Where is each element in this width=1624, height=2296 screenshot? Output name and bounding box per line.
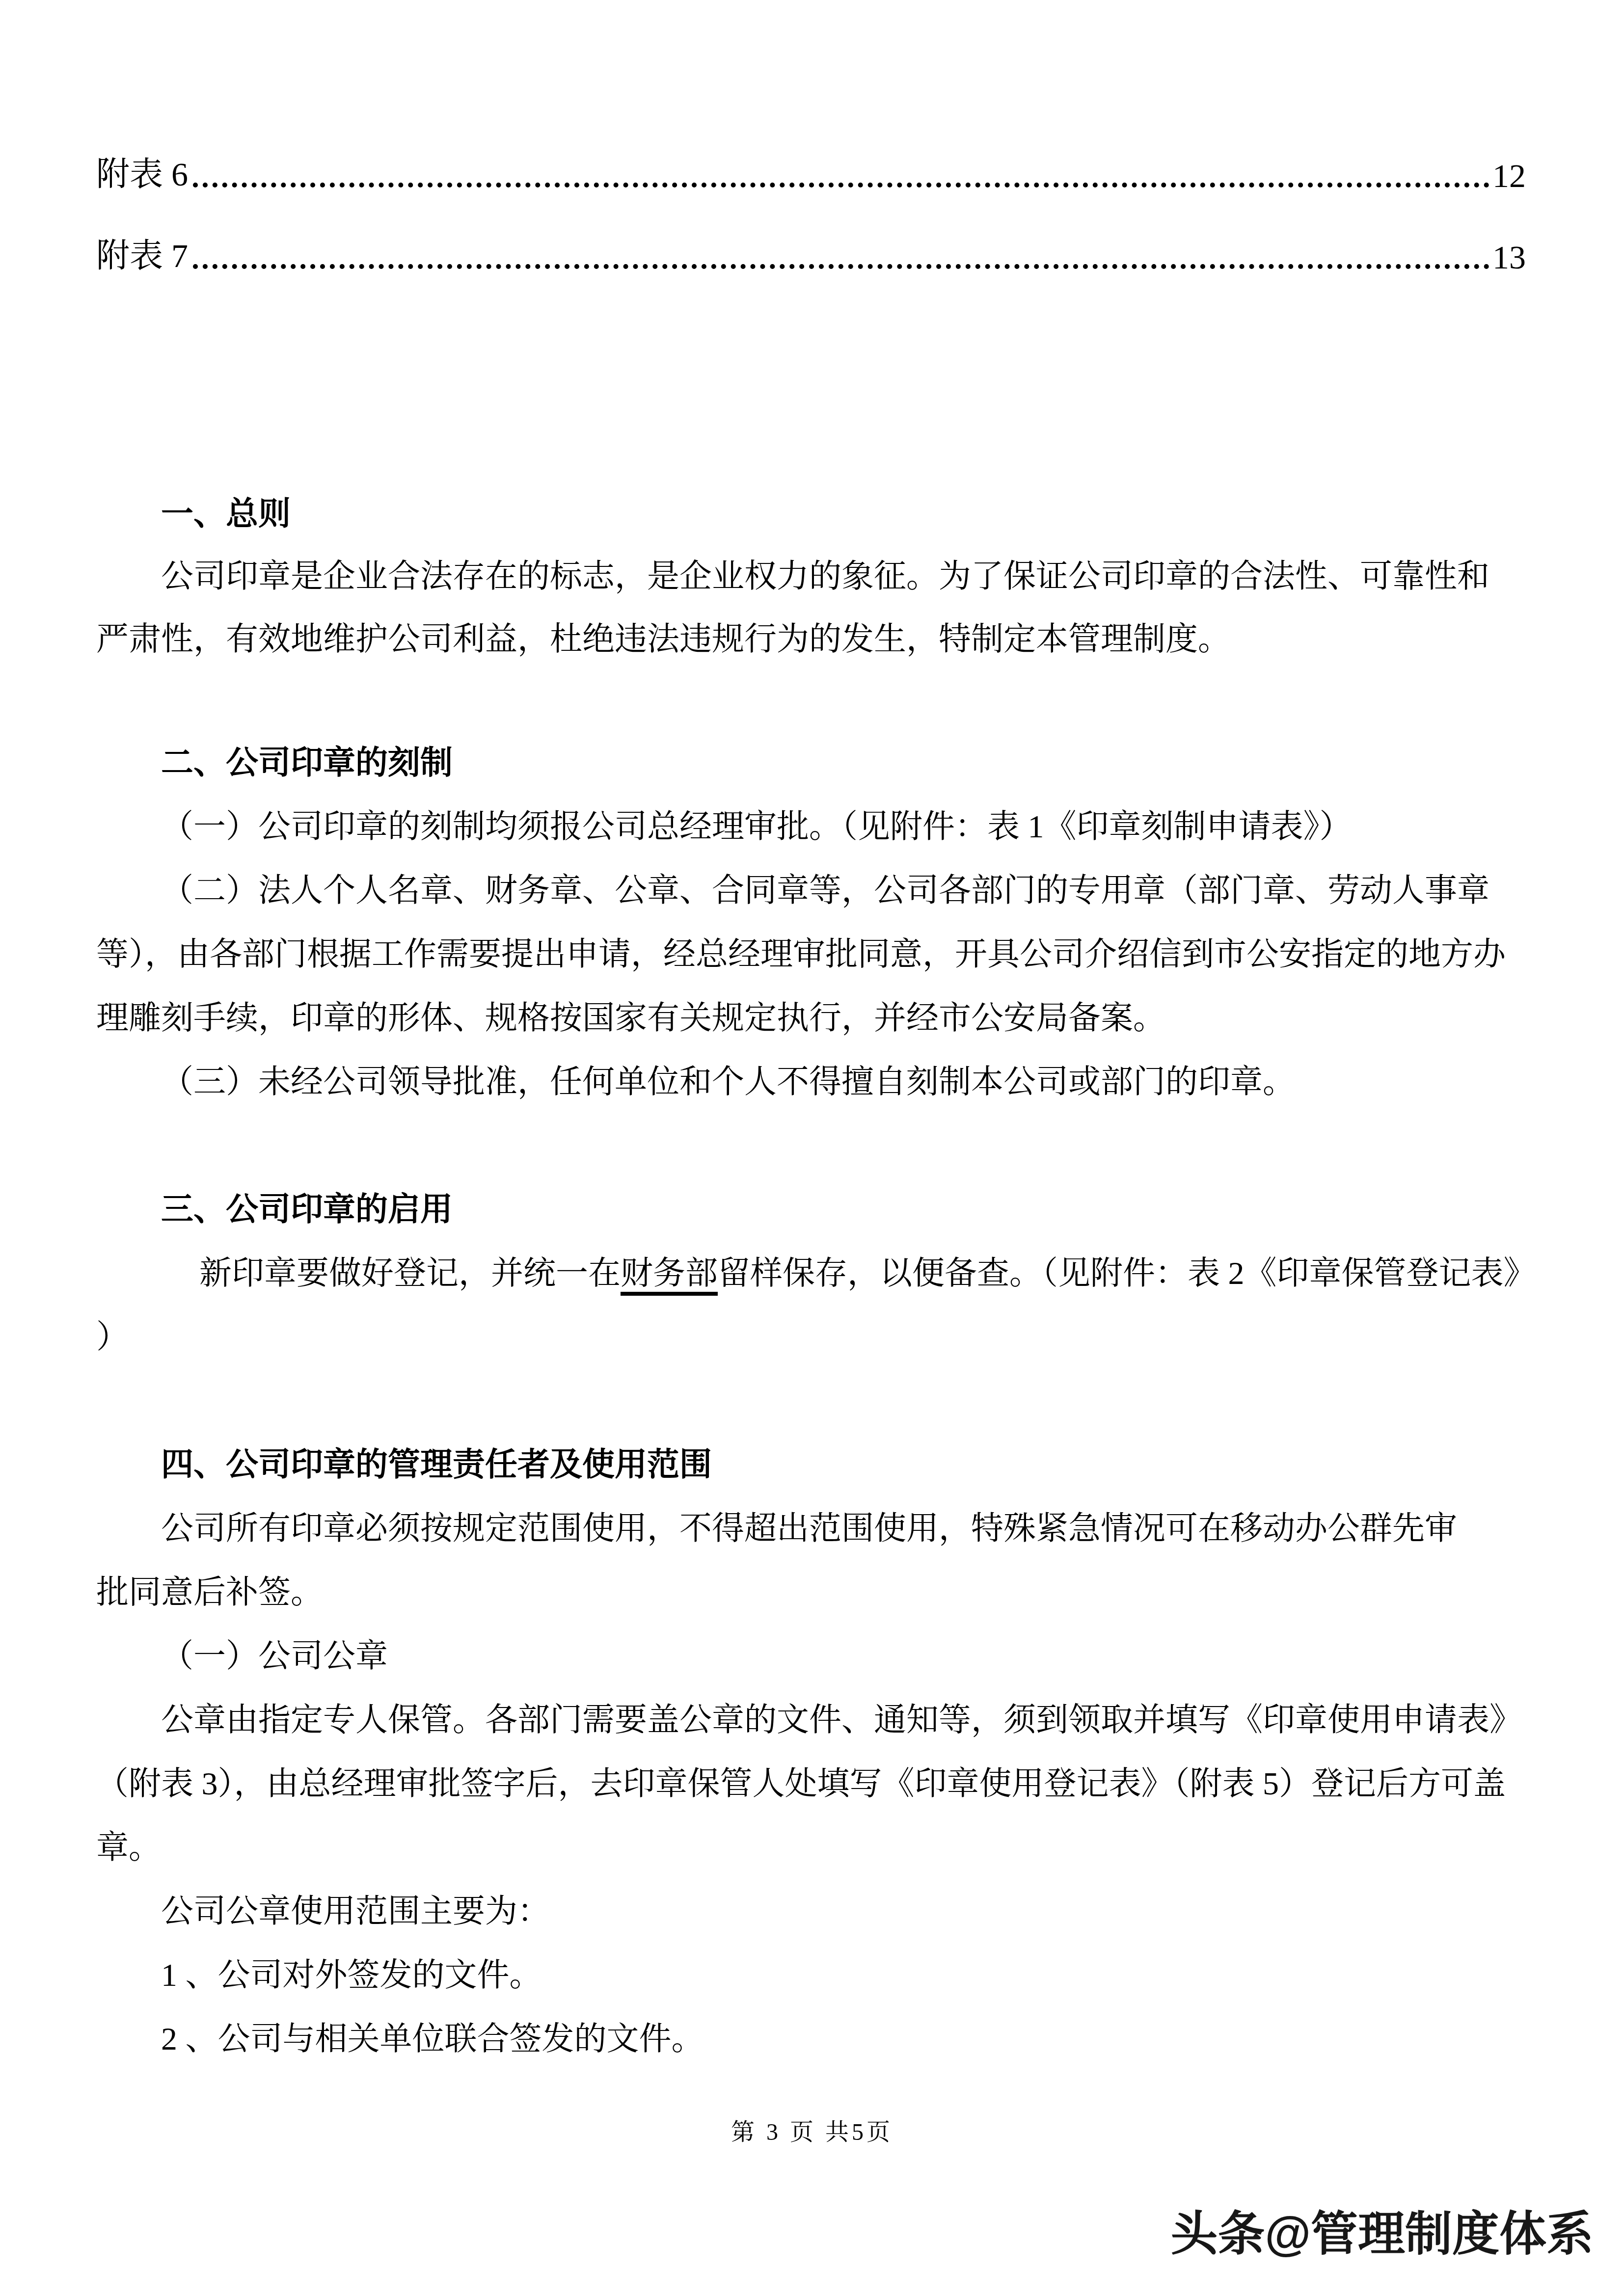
list-item: 1 、公司对外签发的文件。 xyxy=(96,1944,1550,2007)
paragraph-line: 章。 xyxy=(96,1816,1550,1880)
toc-dotted-leader xyxy=(193,264,1489,269)
toc-entry-label: 附表 7 xyxy=(96,229,188,278)
page-footer: 第 3 页 共5页 xyxy=(0,2103,1624,2162)
section-heading: 四、公司印章的管理责任者及使用范围 xyxy=(96,1433,1550,1497)
paragraph-line: （附表 3），由总经理审批签字后，去印章保管人处填写《印章使用登记表》（附表 5… xyxy=(96,1752,1550,1816)
section-heading: 二、公司印章的刻制 xyxy=(96,731,1550,795)
subsection-heading: （一）公司公章 xyxy=(96,1625,1550,1688)
paragraph-segment: 留样保存，以便备查。（见附件：表 2《印章保管登记表》 xyxy=(718,1255,1536,1291)
section-heading: 三、公司印章的启用 xyxy=(96,1178,1550,1242)
underlined-term: 财务部 xyxy=(621,1255,718,1291)
paragraph-line: ） xyxy=(96,1306,1550,1369)
toc-entry: 附表 7 13 xyxy=(96,204,1526,278)
paragraph-segment: 新印章要做好登记，并统一在 xyxy=(199,1255,621,1291)
toc-entry: 附表 6 12 xyxy=(96,123,1526,196)
toc-page-number: 13 xyxy=(1492,238,1526,278)
paragraph-line: 新印章要做好登记，并统一在财务部留样保存，以便备查。（见附件：表 2《印章保管登… xyxy=(96,1242,1550,1306)
paragraph-line: （一）公司印章的刻制均须报公司总经理审批。（见附件：表 1《印章刻制申请表》） xyxy=(96,795,1550,859)
paragraph-line: 公司公章使用范围主要为： xyxy=(96,1880,1550,1944)
watermark: 头条@管理制度体系 xyxy=(1170,2205,1594,2264)
section-heading: 一、总则 xyxy=(96,482,1550,546)
paragraph-line: （二）法人个人名章、财务章、公章、合同章等，公司各部门的专用章（部门章、劳动人事… xyxy=(96,859,1550,923)
paragraph-line: 公章由指定专人保管。各部门需要盖公章的文件、通知等，须到领取并填写《印章使用申请… xyxy=(96,1688,1550,1752)
paragraph-line: 公司印章是企业合法存在的标志，是企业权力的象征。为了保证公司印章的合法性、可靠性… xyxy=(96,545,1550,609)
toc-dotted-leader xyxy=(193,183,1489,187)
paragraph-line: 批同意后补签。 xyxy=(96,1561,1550,1625)
toc-page-number: 12 xyxy=(1492,157,1526,196)
list-item: 2 、公司与相关单位联合签发的文件。 xyxy=(96,2007,1550,2071)
paragraph-line: （三）未经公司领导批准，任何单位和个人不得擅自刻制本公司或部门的印章。 xyxy=(96,1050,1550,1114)
paragraph-line: 等），由各部门根据工作需要提出申请，经总经理审批同意，开具公司介绍信到市公安指定… xyxy=(96,923,1550,987)
paragraph-line: 理雕刻手续，印章的形体、规格按国家有关规定执行，并经市公安局备案。 xyxy=(96,987,1550,1050)
document-page: 附表 6 12 附表 7 13 一、总则 公司印章是企业合法存在的标志，是企业权… xyxy=(0,0,1624,2296)
paragraph-line: 严肃性，有效地维护公司利益，杜绝违法违规行为的发生，特制定本管理制度。 xyxy=(96,608,1550,671)
paragraph-line: 公司所有印章必须按规定范围使用，不得超出范围使用，特殊紧急情况可在移动办公群先审 xyxy=(96,1497,1550,1561)
toc-entry-label: 附表 6 xyxy=(96,148,188,196)
